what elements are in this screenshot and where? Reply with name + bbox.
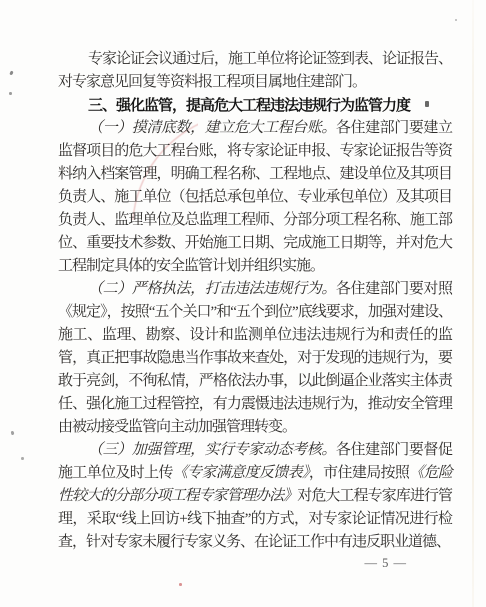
item2-body: 各住建部门要对照《规定》，按照“五个关口”和“五个到位”底线要求，加强对建设、施…	[58, 281, 452, 435]
paragraph-item3: （三）加强管理，实行专家动态考核。各住建部门要督促施工单位及时上传《专家满意度反…	[58, 439, 452, 554]
scan-speck	[9, 71, 13, 76]
intro-text: 专家论证会议通过后，施工单位将论证签到表、论证报告、对专家意见回复等资料报工程项…	[58, 51, 452, 90]
section-heading-text: 三、强化监管，提高危大工程违法违规行为监管力度	[88, 97, 410, 114]
item1-body: 各住建部门要建立监督项目的危大工程台账，将专家论证申报、专家论证报告等资料纳入档…	[58, 120, 452, 274]
document-body: 专家论证会议通过后，施工单位将论证签到表、论证报告、对专家意见回复等资料报工程项…	[58, 48, 452, 554]
item3-body-2: ，市住建局按照	[309, 465, 409, 481]
page-number: — 5 —	[365, 556, 408, 571]
paragraph-intro: 专家论证会议通过后，施工单位将论证签到表、论证报告、对专家意见回复等资料报工程项…	[58, 48, 452, 94]
scan-speck	[455, 19, 457, 21]
scanned-document-page: 专家论证会议通过后，施工单位将论证签到表、论证报告、对专家意见回复等资料报工程项…	[0, 0, 486, 607]
item2-lead: （二）严格执法，打击违法违规行为。	[88, 281, 336, 297]
item3-doc-title-1: 《专家满意度反馈表》	[173, 465, 309, 481]
item1-lead: （一）摸清底数，建立危大工程台账。	[88, 120, 336, 136]
red-ink-speck	[179, 583, 182, 586]
item3-lead: （三）加强管理，实行专家动态考核。	[88, 442, 336, 458]
paragraph-item2: （二）严格执法，打击违法违规行为。各住建部门要对照《规定》，按照“五个关口”和“…	[58, 278, 452, 439]
paragraph-item1: （一）摸清底数，建立危大工程台账。各住建部门要建立监督项目的危大工程台账，将专家…	[58, 117, 452, 278]
scan-speck	[9, 92, 12, 95]
scan-edge-line	[472, 0, 474, 607]
section-heading: 三、强化监管，提高危大工程违法违规行为监管力度	[58, 94, 452, 117]
scan-speck	[11, 431, 15, 435]
scan-speck	[21, 457, 24, 460]
